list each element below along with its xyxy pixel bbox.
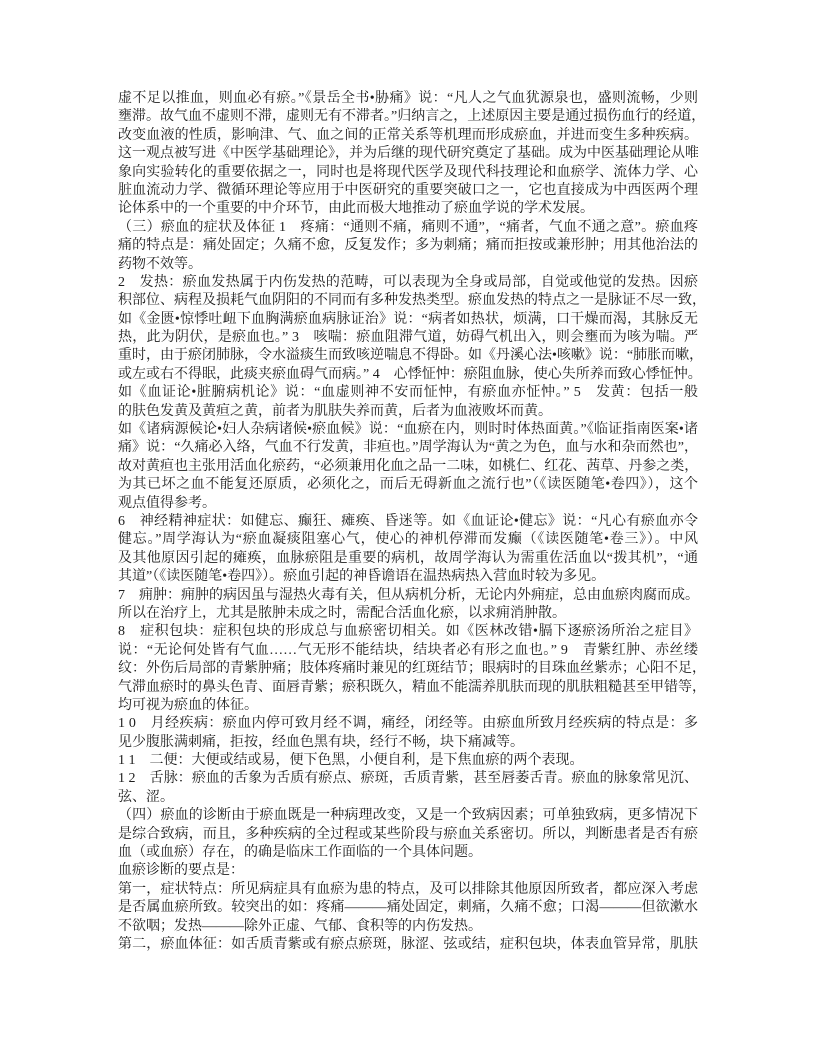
text-line: 论体系中的一个重要的中介环节，由此而极大地推动了瘀血学说的学术发展。 bbox=[118, 200, 698, 218]
text-line: 第二，瘀血体征：如舌质青紫或有瘀点瘀斑，脉涩、弦或结，症积包块，体表血管异常，肌… bbox=[118, 936, 698, 954]
text-line: 重时，由于瘀闭肺脉，令水溢痰生而致咳逆喘息不得卧。如《丹溪心法•咳嗽》说：“肺胀… bbox=[118, 347, 698, 365]
text-line: 1 0 月经疾病：瘀血内停可致月经不调，痛经，闭经等。由瘀血所致月经疾病的特点是… bbox=[118, 715, 698, 733]
text-line: 第一，症状特点：所见病症具有血瘀为患的特点，及可以排除其他原因所致者，都应深入考… bbox=[118, 881, 698, 899]
text-line: 痛的特点是：痛处固定；久痛不愈，反复发作；多为刺痛；痛而拒按或兼形肿；用其他治法… bbox=[118, 237, 698, 255]
text-body: 虚不足以推血，则血必有瘀。”《景岳全书•胁痛》说：“凡人之气血犹源泉也，盛则流畅… bbox=[118, 90, 698, 954]
text-line: 健忘。”周学海认为“瘀血凝痰阻塞心气，使心的神机停滞而发癫（《读医随笔•卷三》）… bbox=[118, 531, 698, 549]
text-line: 或左或右不得眠，此痰夹瘀血碍气而病。” 4 心悸怔忡：瘀阻血脉，使心失所养而致心… bbox=[118, 366, 698, 384]
text-line: 象向实验转化的重要依据之一，同时也是将现代医学及现代科技理论和血瘀学、流体力学、… bbox=[118, 164, 698, 182]
text-line: 药物不效等。 bbox=[118, 256, 698, 274]
text-line: 是否属血瘀所致。较突出的如：疼痛———痛处固定，刺痛，久痛不愈；口渴———但欲漱… bbox=[118, 899, 698, 917]
text-line: 纹：外伤后局部的青紫肿痛；肢体疼痛时兼见的红斑结节；眼病时的目珠血丝紫赤；心阳不… bbox=[118, 660, 698, 678]
text-line: 所以在治疗上，尤其是脓肿未成之时，需配合活血化瘀，以求痈消肿散。 bbox=[118, 605, 698, 623]
text-line: 7 痈肿：痈肿的病因虽与湿热火毒有关，但从病机分析，无论内外痈症，总由血瘀肉腐而… bbox=[118, 587, 698, 605]
text-line: 其道”（《读医随笔•卷四》）。瘀血引起的神昏谵语在温热病热入营血时较为多见。 bbox=[118, 568, 698, 586]
text-line: （四）瘀血的诊断由于瘀血既是一种病理改变，又是一个致病因素；可单独致病，更多情况… bbox=[118, 807, 698, 825]
text-line: 的肤色发黄及黄疸之黄，前者为肌肤失养而黄，后者为血液败坏而黄。 bbox=[118, 403, 698, 421]
text-line: 这一观点被写进《中医学基础理论》，并为后继的现代研究奠定了基础。成为中医基础理论… bbox=[118, 145, 698, 163]
text-line: 1 1 二便：大便或结或易，便下色黑，小便自利，是下焦血瘀的两个表现。 bbox=[118, 752, 698, 770]
text-line: 改变血液的性质，影响津、气、血之间的正常关系等机理而形成瘀血，并进而变生多种疾病… bbox=[118, 127, 698, 145]
text-line: 见少腹胀满刺痛，拒按，经血色黑有块，经行不畅，块下痛减等。 bbox=[118, 734, 698, 752]
text-line: 8 症积包块：症积包块的形成总与血瘀密切相关。如《医林改错•膈下逐瘀汤所治之症目… bbox=[118, 623, 698, 641]
text-line: 气滞血瘀时的鼻头色青、面唇青紫；瘀积既久，精血不能濡养肌肤而现的肌肤粗糙甚至甲错… bbox=[118, 679, 698, 697]
text-line: 痛》说：“久痛必入络，气血不行发黄，非疸也。”周学海认为“黄之为色，血与水和杂而… bbox=[118, 439, 698, 457]
text-line: 脏血流动力学、微循环理论等应用于中医研究的重要突破口之一，它也直接成为中西医两个… bbox=[118, 182, 698, 200]
text-line: 观点值得参考。 bbox=[118, 495, 698, 513]
text-line: （三）瘀血的症状及体征 1 疼痛：“通则不痛，痛则不通”，“痛者，气血不通之意”… bbox=[118, 219, 698, 237]
text-line: 是综合致病，而且，多种疾病的全过程或某些阶段与瘀血关系密切。所以，判断患者是否有… bbox=[118, 826, 698, 844]
text-line: 积部位、病程及损耗气血阴阳的不同而有多种发热类型。瘀血发热的特点之一是脉证不尽一… bbox=[118, 292, 698, 310]
text-line: 2 发热：瘀血发热属于内伤发热的范畴，可以表现为全身或局部，自觉或他觉的发热。因… bbox=[118, 274, 698, 292]
text-line: 壅滞。故气血不虚则不滞，虚则无有不滞者。”归纳言之，上述原因主要是通过损伤血行的… bbox=[118, 108, 698, 126]
text-line: 如《金匮•惊悸吐衄下血胸满瘀血病脉证治》说：“病者如热状，烦满，口干燥而渴，其脉… bbox=[118, 311, 698, 329]
text-line: 故对黄疸也主张用活血化瘀药，“必须兼用化血之品一二味，如桃仁、红花、茜草、丹参之… bbox=[118, 458, 698, 476]
text-line: 如《诸病源候论•妇人杂病诸候•瘀血候》说：“血瘀在内，则时时体热面黄。”《临证指… bbox=[118, 421, 698, 439]
text-line: 及其他原因引起的瘫痪，血脉瘀阻是重要的病机，故周学海认为需重佐活血以“拨其机”，… bbox=[118, 550, 698, 568]
text-line: 不欲咽；发热———除外正虚、气郁、食积等的内伤发热。 bbox=[118, 918, 698, 936]
text-line: 6 神经精神症状：如健忘、癫狂、瘫痪、昏迷等。如《血证论•健忘》说：“凡心有瘀血… bbox=[118, 513, 698, 531]
text-line: 说：“无论何处皆有气血……气无形不能结块，结块者必有形之血也。” 9 青紫红肿、… bbox=[118, 642, 698, 660]
text-line: 弦、涩。 bbox=[118, 789, 698, 807]
text-line: 均可视为瘀血的体征。 bbox=[118, 697, 698, 715]
text-line: 为其已坏之血不能复还原质，必须化之，而后无碍新血之流行也”（《读医随笔•卷四》）… bbox=[118, 476, 698, 494]
text-line: 热，此为阴伏，是瘀血也。” 3 咳喘：瘀血阻滞气道，妨碍气机出入，则会壅而为咳为… bbox=[118, 329, 698, 347]
text-line: 血瘀诊断的要点是： bbox=[118, 862, 698, 880]
text-line: 如《血证论•脏腑病机论》说：“血虚则神不安而怔忡，有瘀血亦怔忡。” 5 发黄：包… bbox=[118, 384, 698, 402]
text-line: 血（或血瘀）存在，的确是临床工作面临的一个具体问题。 bbox=[118, 844, 698, 862]
text-line: 1 2 舌脉：瘀血的舌象为舌质有瘀点、瘀斑，舌质青紫，甚至唇萎舌青。瘀血的脉象常… bbox=[118, 770, 698, 788]
document-page: 虚不足以推血，则血必有瘀。”《景岳全书•胁痛》说：“凡人之气血犹源泉也，盛则流畅… bbox=[0, 0, 816, 1056]
text-line: 虚不足以推血，则血必有瘀。”《景岳全书•胁痛》说：“凡人之气血犹源泉也，盛则流畅… bbox=[118, 90, 698, 108]
